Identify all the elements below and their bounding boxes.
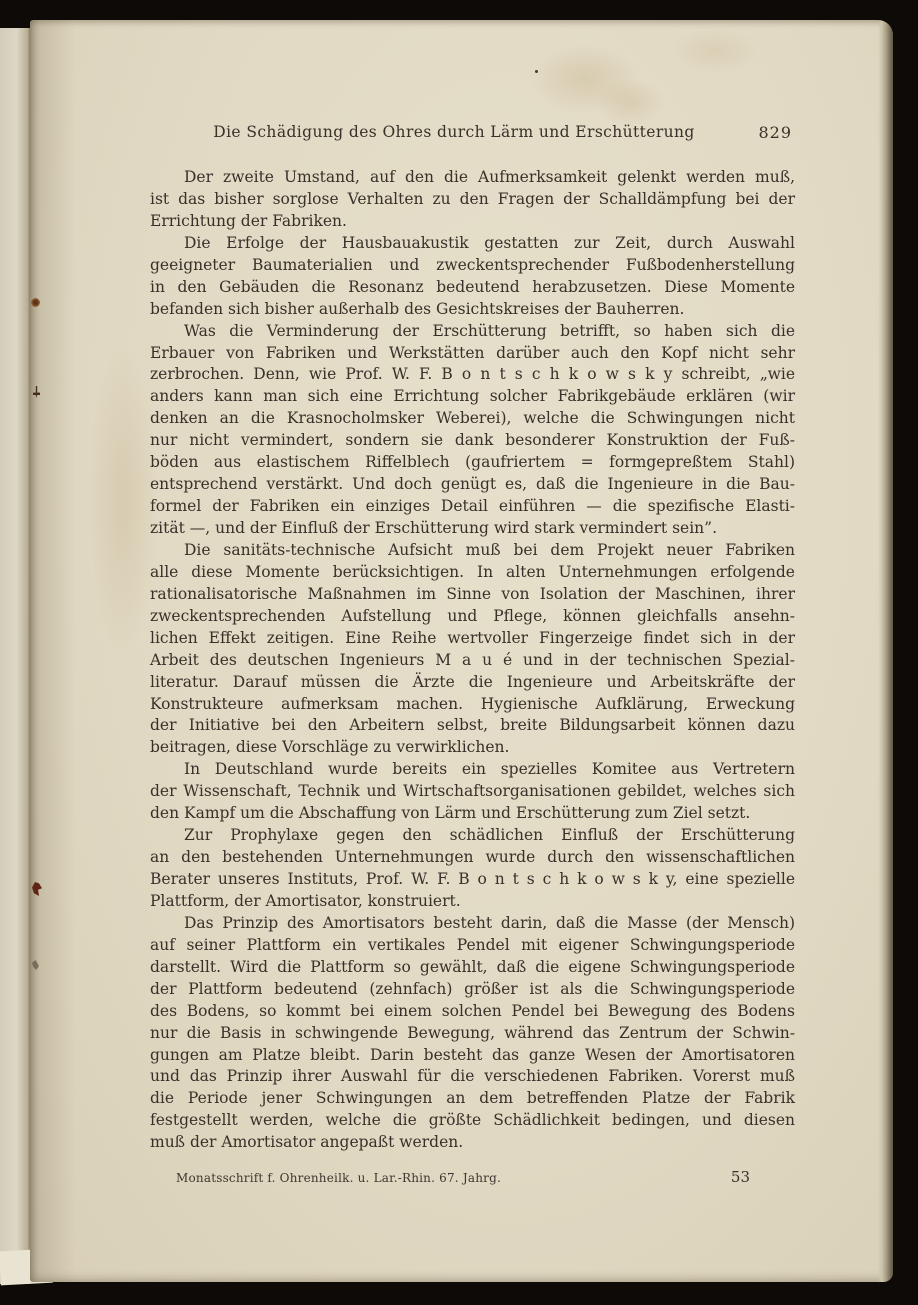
text-line: formel der Fabriken ein einziges Detail … <box>150 496 795 518</box>
text-line: In Deutschland wurde bereits ein speziel… <box>150 759 795 781</box>
text-line: zität —, und der Einfluß der Erschütteru… <box>150 518 795 540</box>
text-line: befanden sich bisher außerhalb des Gesic… <box>150 299 795 321</box>
text-line: nur nicht vermindert, sondern sie dank b… <box>150 430 795 452</box>
page-footer: Monatsschrift f. Ohrenheilk. u. Lar.-Rhi… <box>150 1168 798 1188</box>
page-number: 829 <box>758 123 792 142</box>
book-page: Die Schädigung des Ohres durch Lärm und … <box>30 20 893 1282</box>
text-line: Berater unseres Instituts, Prof. W. F. B… <box>150 869 795 891</box>
text-line: auf seiner Plattform ein vertikales Pend… <box>150 935 795 957</box>
text-line: lichen Effekt zeitigen. Eine Reihe wertv… <box>150 628 795 650</box>
text-line: der Initiative bei den Arbeitern selbst,… <box>150 715 795 737</box>
page-edge-stack <box>878 20 893 1282</box>
text-line: muß der Amortisator angepaßt werden. <box>150 1132 795 1154</box>
text-line: Errichtung der Fabriken. <box>150 211 795 233</box>
text-line: der Plattform bedeutend (zehnfach) größe… <box>150 979 795 1001</box>
text-line: Arbeit des deutschen Ingenieurs M a u é … <box>150 650 795 672</box>
text-line: zerbrochen. Denn, wie Prof. W. F. B o n … <box>150 364 795 386</box>
text-line: festgestellt werden, welche die größte S… <box>150 1110 795 1132</box>
text-line: Was die Verminderung der Erschütterung b… <box>150 321 795 343</box>
foxing-stain <box>595 78 665 126</box>
text-line: entsprechend verstärkt. Und doch genügt … <box>150 474 795 496</box>
text-line: zweckentsprechenden Aufstellung und Pfle… <box>150 606 795 628</box>
running-title: Die Schädigung des Ohres durch Lärm und … <box>150 123 798 141</box>
text-line: anders kann man sich eine Errichtung sol… <box>150 386 795 408</box>
text-line: nur die Basis in schwingende Bewegung, w… <box>150 1023 795 1045</box>
text-line: Zur Prophylaxe gegen den schädlichen Ein… <box>150 825 795 847</box>
text-line: Das Prinzip des Amortisators besteht dar… <box>150 913 795 935</box>
text-line: Die Erfolge der Hausbauakustik gestatten… <box>150 233 795 255</box>
gutter-shadow <box>30 20 76 1282</box>
text-line: des Bodens, so kommt bei einem solchen P… <box>150 1001 795 1023</box>
page-header: Die Schädigung des Ohres durch Lärm und … <box>150 123 798 145</box>
body-text: Der zweite Umstand, auf den die Aufmerks… <box>150 167 795 1154</box>
text-line: der Wissenschaft, Technik und Wirtschaft… <box>150 781 795 803</box>
text-line: alle diese Momente berücksichtigen. In a… <box>150 562 795 584</box>
text-line: gungen am Platze bleibt. Darin besteht d… <box>150 1045 795 1067</box>
text-line: den Kampf um die Abschaffung von Lärm un… <box>150 803 795 825</box>
text-line: und das Prinzip ihrer Auswahl für die ve… <box>150 1066 795 1088</box>
text-line: literatur. Darauf müssen die Ärzte die I… <box>150 672 795 694</box>
scan-background: Die Schädigung des Ohres durch Lärm und … <box>0 0 918 1305</box>
text-line: beitragen, diese Vorschläge zu verwirkli… <box>150 737 795 759</box>
text-line: Der zweite Umstand, auf den die Aufmerks… <box>150 167 795 189</box>
journal-footnote: Monatsschrift f. Ohrenheilk. u. Lar.-Rhi… <box>176 1171 501 1185</box>
text-line: Erbauer von Fabriken und Werkstätten dar… <box>150 343 795 365</box>
foxing-stain <box>530 44 640 114</box>
text-line: böden aus elastischem Riffelblech (gaufr… <box>150 452 795 474</box>
text-line: darstellt. Wird die Plattform so gewählt… <box>150 957 795 979</box>
text-line: ist das bisher sorglose Verhalten zu den… <box>150 189 795 211</box>
foxing-stain <box>670 28 760 74</box>
underlying-page-edge <box>0 28 30 1284</box>
text-line: Plattform, der Amortisator, konstruiert. <box>150 891 795 913</box>
text-line: die Periode jener Schwingungen an dem be… <box>150 1088 795 1110</box>
foxing-stain <box>88 340 158 660</box>
text-line: rationalisatorische Maßnahmen im Sinne v… <box>150 584 795 606</box>
text-line: Die sanitäts-technische Aufsicht muß bei… <box>150 540 795 562</box>
text-line: geeigneter Baumaterialien und zweckentsp… <box>150 255 795 277</box>
text-line: denken an die Krasnocholmsker Weberei), … <box>150 408 795 430</box>
sheet-signature-number: 53 <box>731 1168 750 1186</box>
text-line: in den Gebäuden die Resonanz bedeutend h… <box>150 277 795 299</box>
text-line: Konstrukteure aufmerksam machen. Hygieni… <box>150 694 795 716</box>
paper-speck <box>535 70 538 73</box>
text-line: an den bestehenden Unternehmungen wurde … <box>150 847 795 869</box>
